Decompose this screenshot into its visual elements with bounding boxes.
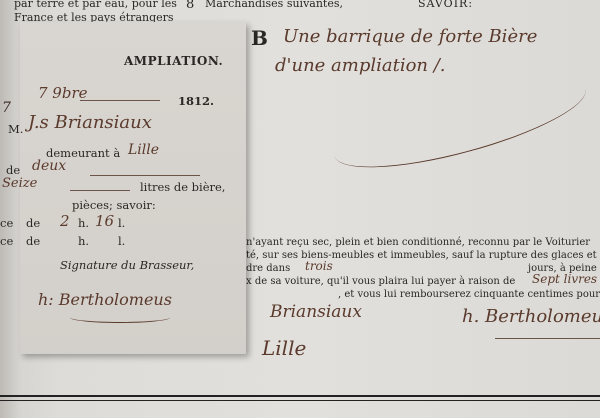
signature-underline	[495, 338, 600, 339]
slip-litres-label: litres de bière,	[140, 180, 225, 194]
slip-signature-flourish	[70, 312, 170, 323]
form-ornament: 8	[186, 0, 194, 12]
slip-qty-hand: deux	[32, 158, 66, 174]
slip-title: AMPLIATION.	[124, 54, 223, 68]
slip-row-1-de: de	[26, 216, 40, 230]
slip-row-2-l: l.	[118, 234, 125, 248]
form-savoir-heading: SAVOIR:	[418, 0, 473, 10]
slip-row-1-l: l.	[118, 216, 125, 230]
slip-row-1-litres: 16	[95, 212, 114, 230]
document-photo: par terre et par eau, pour les France et…	[0, 0, 600, 418]
form-body-line-5: , et vous lui rembourserez cinquante cen…	[338, 289, 600, 300]
form-header-line-1: par terre et par eau, pour les	[14, 0, 177, 10]
slip-signature-hand: h: Bertholomeus	[38, 290, 172, 309]
handwritten-flourish	[327, 59, 594, 185]
form-body-line-3: dre dans	[246, 263, 290, 274]
ampliation-slip: AMPLIATION. 7 9bre 1812. M. J.s Briansia…	[20, 22, 246, 354]
slip-qty2-hand: Seize	[2, 176, 37, 191]
slip-row-1-h: h.	[78, 216, 89, 230]
slip-row-2-prefix: ce	[0, 234, 13, 248]
form-border-rule-inner	[0, 400, 600, 401]
signature-sender: Briansiaux	[270, 302, 362, 322]
slip-signature-label: Signature du Brasseur,	[60, 258, 194, 272]
slip-de-label: de	[6, 163, 20, 177]
slip-row-1-prefix: ce	[0, 216, 13, 230]
form-body-line-2: té, sur ses biens-meubles et immeubles, …	[246, 250, 597, 261]
slip-pieces-label: pièces; savoir:	[72, 198, 156, 212]
handwritten-days: trois	[305, 259, 333, 273]
form-border-rule	[0, 395, 600, 397]
slip-qty2-line	[70, 190, 130, 191]
form-header-merchandise: Marchandises suivantes,	[205, 0, 343, 10]
slip-city-hand: Lille	[128, 142, 159, 158]
signature-carrier: h. Bertholomeus	[462, 306, 600, 327]
handwritten-cargo-line-2: d'une ampliation /.	[275, 55, 446, 76]
slip-name-prefix: M.	[8, 122, 23, 136]
signature-city: Lille	[262, 336, 306, 360]
form-mark-b: B	[251, 26, 268, 50]
slip-year: 1812.	[178, 94, 214, 108]
form-body-line-1: n'ayant reçu sec, plein et bien conditio…	[246, 237, 590, 248]
form-body-line-4: x de sa voiture, qu'il vous plaira lui p…	[246, 276, 515, 287]
slip-row-2-de: de	[26, 234, 40, 248]
slip-row-1-hecto: 2	[60, 212, 70, 230]
slip-qty-line	[90, 175, 200, 176]
handwritten-rate: Sept livres	[532, 272, 597, 286]
handwritten-cargo-line-1: Une barrique de forte Bière	[283, 26, 537, 47]
slip-row-2-h: h.	[78, 234, 89, 248]
clipped-digit: 7	[2, 100, 11, 116]
slip-date-line	[80, 100, 160, 101]
slip-name-hand: J.s Briansiaux	[28, 112, 152, 133]
